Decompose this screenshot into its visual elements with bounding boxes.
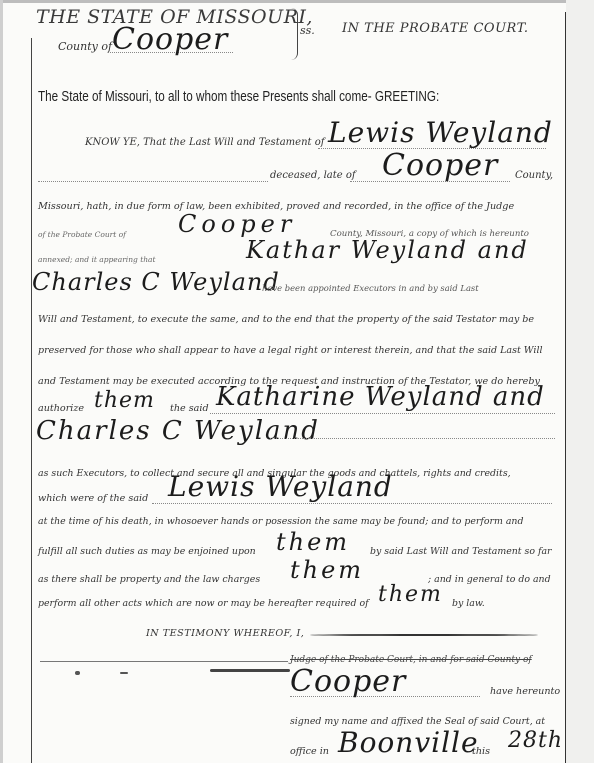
- charles-weyland-handwritten: Charles C Weyland: [36, 416, 320, 446]
- probate-county-handwritten: Cooper: [178, 210, 296, 238]
- body-line-4a: of the Probate Court of: [38, 230, 126, 239]
- body-line-8: preserved for those who shall appear to …: [38, 345, 543, 356]
- dotline: [210, 413, 555, 414]
- body-line-17a: perform all other acts which are now or …: [38, 598, 369, 609]
- boonville-handwritten: Boonville: [338, 726, 479, 759]
- executor-names-handwritten-1: Kathar Weyland and: [246, 236, 529, 264]
- county-label: County of: [58, 40, 112, 53]
- struck-line: [40, 661, 288, 662]
- deceased-text: deceased, late of: [270, 170, 356, 181]
- ss-label: ss.: [300, 24, 315, 37]
- ink-smudge: [210, 669, 290, 672]
- right-margin: [566, 0, 594, 763]
- dotline: [38, 181, 268, 182]
- cooper-handwritten-3: Cooper: [290, 664, 406, 699]
- bracket: [291, 8, 298, 60]
- the-said-text: the said: [170, 403, 209, 414]
- them-handwritten-3: them: [378, 582, 443, 607]
- testator-name-handwritten-2: Lewis Weyland: [168, 470, 393, 503]
- them-handwritten-2: them: [290, 556, 364, 584]
- by-law-text: by law.: [452, 598, 485, 609]
- body-line-15a: fulfill all such duties as may be enjoin…: [38, 546, 256, 557]
- which-were-text: which were of the said: [38, 493, 148, 504]
- court-title: IN THE PROBATE COURT.: [342, 21, 529, 36]
- them-handwritten-1: them: [276, 528, 350, 556]
- body-line-16a: as there shall be property and the law c…: [38, 574, 260, 585]
- body-line-7: Will and Testament, to execute the same,…: [38, 314, 534, 325]
- body-line-6: have been appointed Executors in and by …: [262, 283, 479, 293]
- county-of-residence-handwritten: Cooper: [382, 148, 498, 183]
- know-ye-text: KNOW YE, That the Last Will and Testamen…: [85, 137, 324, 148]
- left-border-line: [31, 38, 32, 763]
- body-line-15b: by said Last Will and Testament so far: [370, 546, 552, 557]
- scan-top-edge: [0, 0, 594, 3]
- dotline: [270, 438, 555, 439]
- scan-left-edge: [0, 0, 3, 763]
- ink-smudge: [75, 671, 80, 675]
- testator-name-handwritten: Lewis Weyland: [328, 116, 553, 149]
- date-handwritten: 28th: [508, 728, 563, 753]
- body-line-16b: ; and in general to do and: [428, 574, 551, 585]
- testimony-heading: IN TESTIMONY WHEREOF, I,: [146, 628, 304, 639]
- county-handwritten: Cooper: [112, 22, 228, 57]
- hereunto-text: have hereunto: [490, 686, 560, 697]
- body-line-14: at the time of his death, in whosoever h…: [38, 516, 523, 527]
- ink-smudge: [120, 672, 128, 674]
- authorize-text: authorize: [38, 403, 84, 414]
- this-text: this: [472, 746, 490, 757]
- signature-stroke: [310, 634, 538, 636]
- katharine-weyland-handwritten: Katharine Weyland and: [216, 382, 545, 412]
- authorize-them-handwritten: them: [94, 388, 155, 413]
- greeting-line: The State of Missouri, to all to whom th…: [38, 88, 439, 105]
- office-in-text: office in: [290, 746, 329, 757]
- body-line-5: annexed; and it appearing that: [38, 255, 156, 264]
- dotline: [152, 503, 552, 504]
- executor-name-handwritten-2: Charles C Weyland: [32, 268, 280, 296]
- probate-document: THE STATE OF MISSOURI, County of Cooper …: [0, 0, 594, 763]
- county-word: County,: [515, 170, 553, 181]
